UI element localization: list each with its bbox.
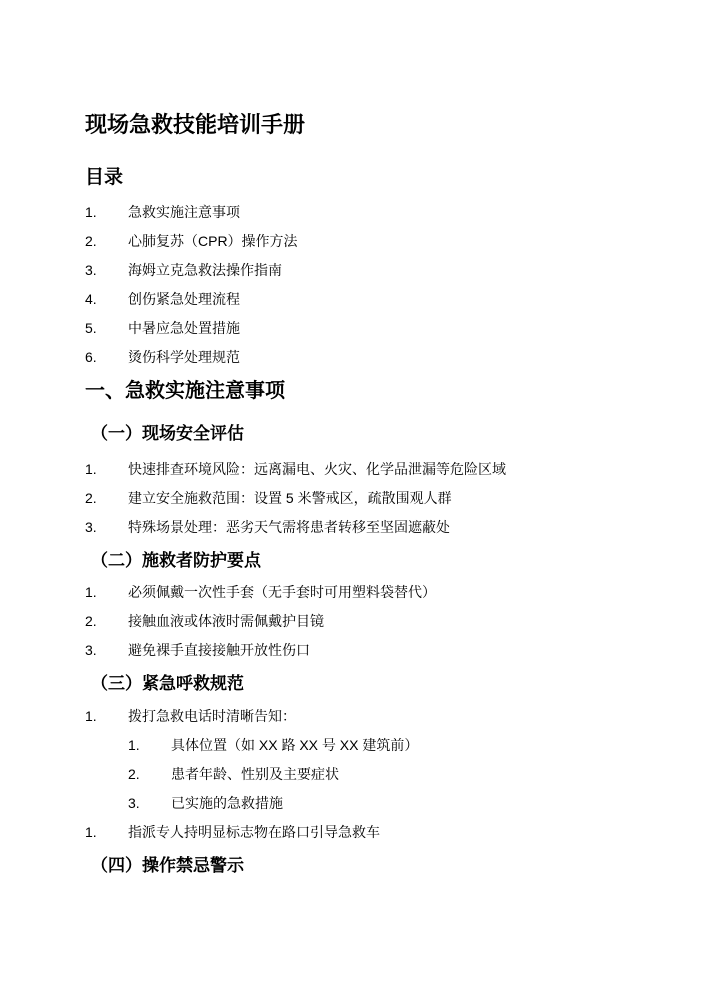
- toc-item-text: 心肺复苏（CPR）操作方法: [128, 234, 298, 249]
- nested-list-item: 3. 已实施的急救措施: [128, 796, 622, 811]
- toc-item: 2. 心肺复苏（CPR）操作方法: [85, 234, 622, 249]
- list-item-text: 必须佩戴一次性手套（无手套时可用塑料袋替代）: [128, 585, 436, 600]
- toc-item: 3. 海姆立克急救法操作指南: [85, 263, 622, 278]
- list-item-text: 指派专人持明显标志物在路口引导急救车: [128, 825, 380, 840]
- list-item-number: 3.: [85, 643, 128, 658]
- toc-item: 6. 烫伤科学处理规范: [85, 350, 622, 365]
- list-item-number: 2.: [85, 491, 128, 506]
- list-item-text: 具体位置（如 XX 路 XX 号 XX 建筑前）: [171, 738, 418, 753]
- list-item: 2. 建立安全施救范围：设置 5 米警戒区，疏散围观人群: [85, 491, 622, 506]
- list-item-number: 1.: [85, 709, 128, 724]
- toc-item-number: 2.: [85, 234, 128, 249]
- list-item-text: 接触血液或体液时需佩戴护目镜: [128, 614, 324, 629]
- subsection-heading-3: （三）紧急呼救规范: [85, 672, 622, 695]
- subsection-2-list: 1. 必须佩戴一次性手套（无手套时可用塑料袋替代） 2. 接触血液或体液时需佩戴…: [85, 585, 622, 658]
- document-title: 现场急救技能培训手册: [85, 112, 622, 138]
- toc-item: 5. 中暑应急处置措施: [85, 321, 622, 336]
- chapter-heading: 一、急救实施注意事项: [85, 379, 622, 403]
- toc-heading: 目录: [85, 166, 622, 190]
- list-item-number: 3.: [128, 796, 171, 811]
- subsection-heading-4: （四）操作禁忌警示: [85, 854, 622, 877]
- toc-item-number: 5.: [85, 321, 128, 336]
- toc-item-text: 中暑应急处置措施: [128, 321, 240, 336]
- toc-item-text: 海姆立克急救法操作指南: [128, 263, 282, 278]
- list-item-text: 已实施的急救措施: [171, 796, 283, 811]
- toc-item-number: 3.: [85, 263, 128, 278]
- list-item-text: 特殊场景处理：恶劣天气需将患者转移至坚固遮蔽处: [128, 520, 450, 535]
- list-item-text: 快速排查环境风险：远离漏电、火灾、化学品泄漏等危险区域: [128, 462, 506, 477]
- toc-list: 1. 急救实施注意事项 2. 心肺复苏（CPR）操作方法 3. 海姆立克急救法操…: [85, 205, 622, 365]
- list-item: 1. 快速排查环境风险：远离漏电、火灾、化学品泄漏等危险区域: [85, 462, 622, 477]
- toc-item-text: 烫伤科学处理规范: [128, 350, 240, 365]
- list-item-number: 2.: [85, 614, 128, 629]
- subsection-heading-1: （一）现场安全评估: [85, 422, 622, 445]
- toc-item-text: 创伤紧急处理流程: [128, 292, 240, 307]
- list-item-number: 1.: [128, 738, 171, 753]
- list-item-number: 1.: [85, 585, 128, 600]
- toc-item: 1. 急救实施注意事项: [85, 205, 622, 220]
- list-item-number: 2.: [128, 767, 171, 782]
- list-item-number: 1.: [85, 462, 128, 477]
- list-item: 3. 特殊场景处理：恶劣天气需将患者转移至坚固遮蔽处: [85, 520, 622, 535]
- list-item: 3. 避免裸手直接接触开放性伤口: [85, 643, 622, 658]
- list-item-text: 拨打急救电话时清晰告知：: [128, 709, 296, 724]
- list-item-text: 建立安全施救范围：设置 5 米警戒区，疏散围观人群: [128, 491, 452, 506]
- toc-item: 4. 创伤紧急处理流程: [85, 292, 622, 307]
- toc-item-number: 1.: [85, 205, 128, 220]
- list-item: 1. 必须佩戴一次性手套（无手套时可用塑料袋替代）: [85, 585, 622, 600]
- list-item: 1. 拨打急救电话时清晰告知：: [85, 709, 622, 724]
- subsection-heading-2: （二）施救者防护要点: [85, 549, 622, 572]
- list-item: 2. 接触血液或体液时需佩戴护目镜: [85, 614, 622, 629]
- document-page: 现场急救技能培训手册 目录 1. 急救实施注意事项 2. 心肺复苏（CPR）操作…: [0, 0, 707, 999]
- list-item: 1. 指派专人持明显标志物在路口引导急救车: [85, 825, 622, 840]
- list-item-text: 避免裸手直接接触开放性伤口: [128, 643, 310, 658]
- toc-item-text: 急救实施注意事项: [128, 205, 240, 220]
- list-item-number: 1.: [85, 825, 128, 840]
- subsection-1-list: 1. 快速排查环境风险：远离漏电、火灾、化学品泄漏等危险区域 2. 建立安全施救…: [85, 462, 622, 535]
- toc-item-number: 4.: [85, 292, 128, 307]
- subsection-3-list: 1. 拨打急救电话时清晰告知： 1. 具体位置（如 XX 路 XX 号 XX 建…: [85, 709, 622, 840]
- nested-list-item: 2. 患者年龄、性别及主要症状: [128, 767, 622, 782]
- nested-list-item: 1. 具体位置（如 XX 路 XX 号 XX 建筑前）: [128, 738, 622, 753]
- list-item-text: 患者年龄、性别及主要症状: [171, 767, 339, 782]
- list-item-number: 3.: [85, 520, 128, 535]
- toc-item-number: 6.: [85, 350, 128, 365]
